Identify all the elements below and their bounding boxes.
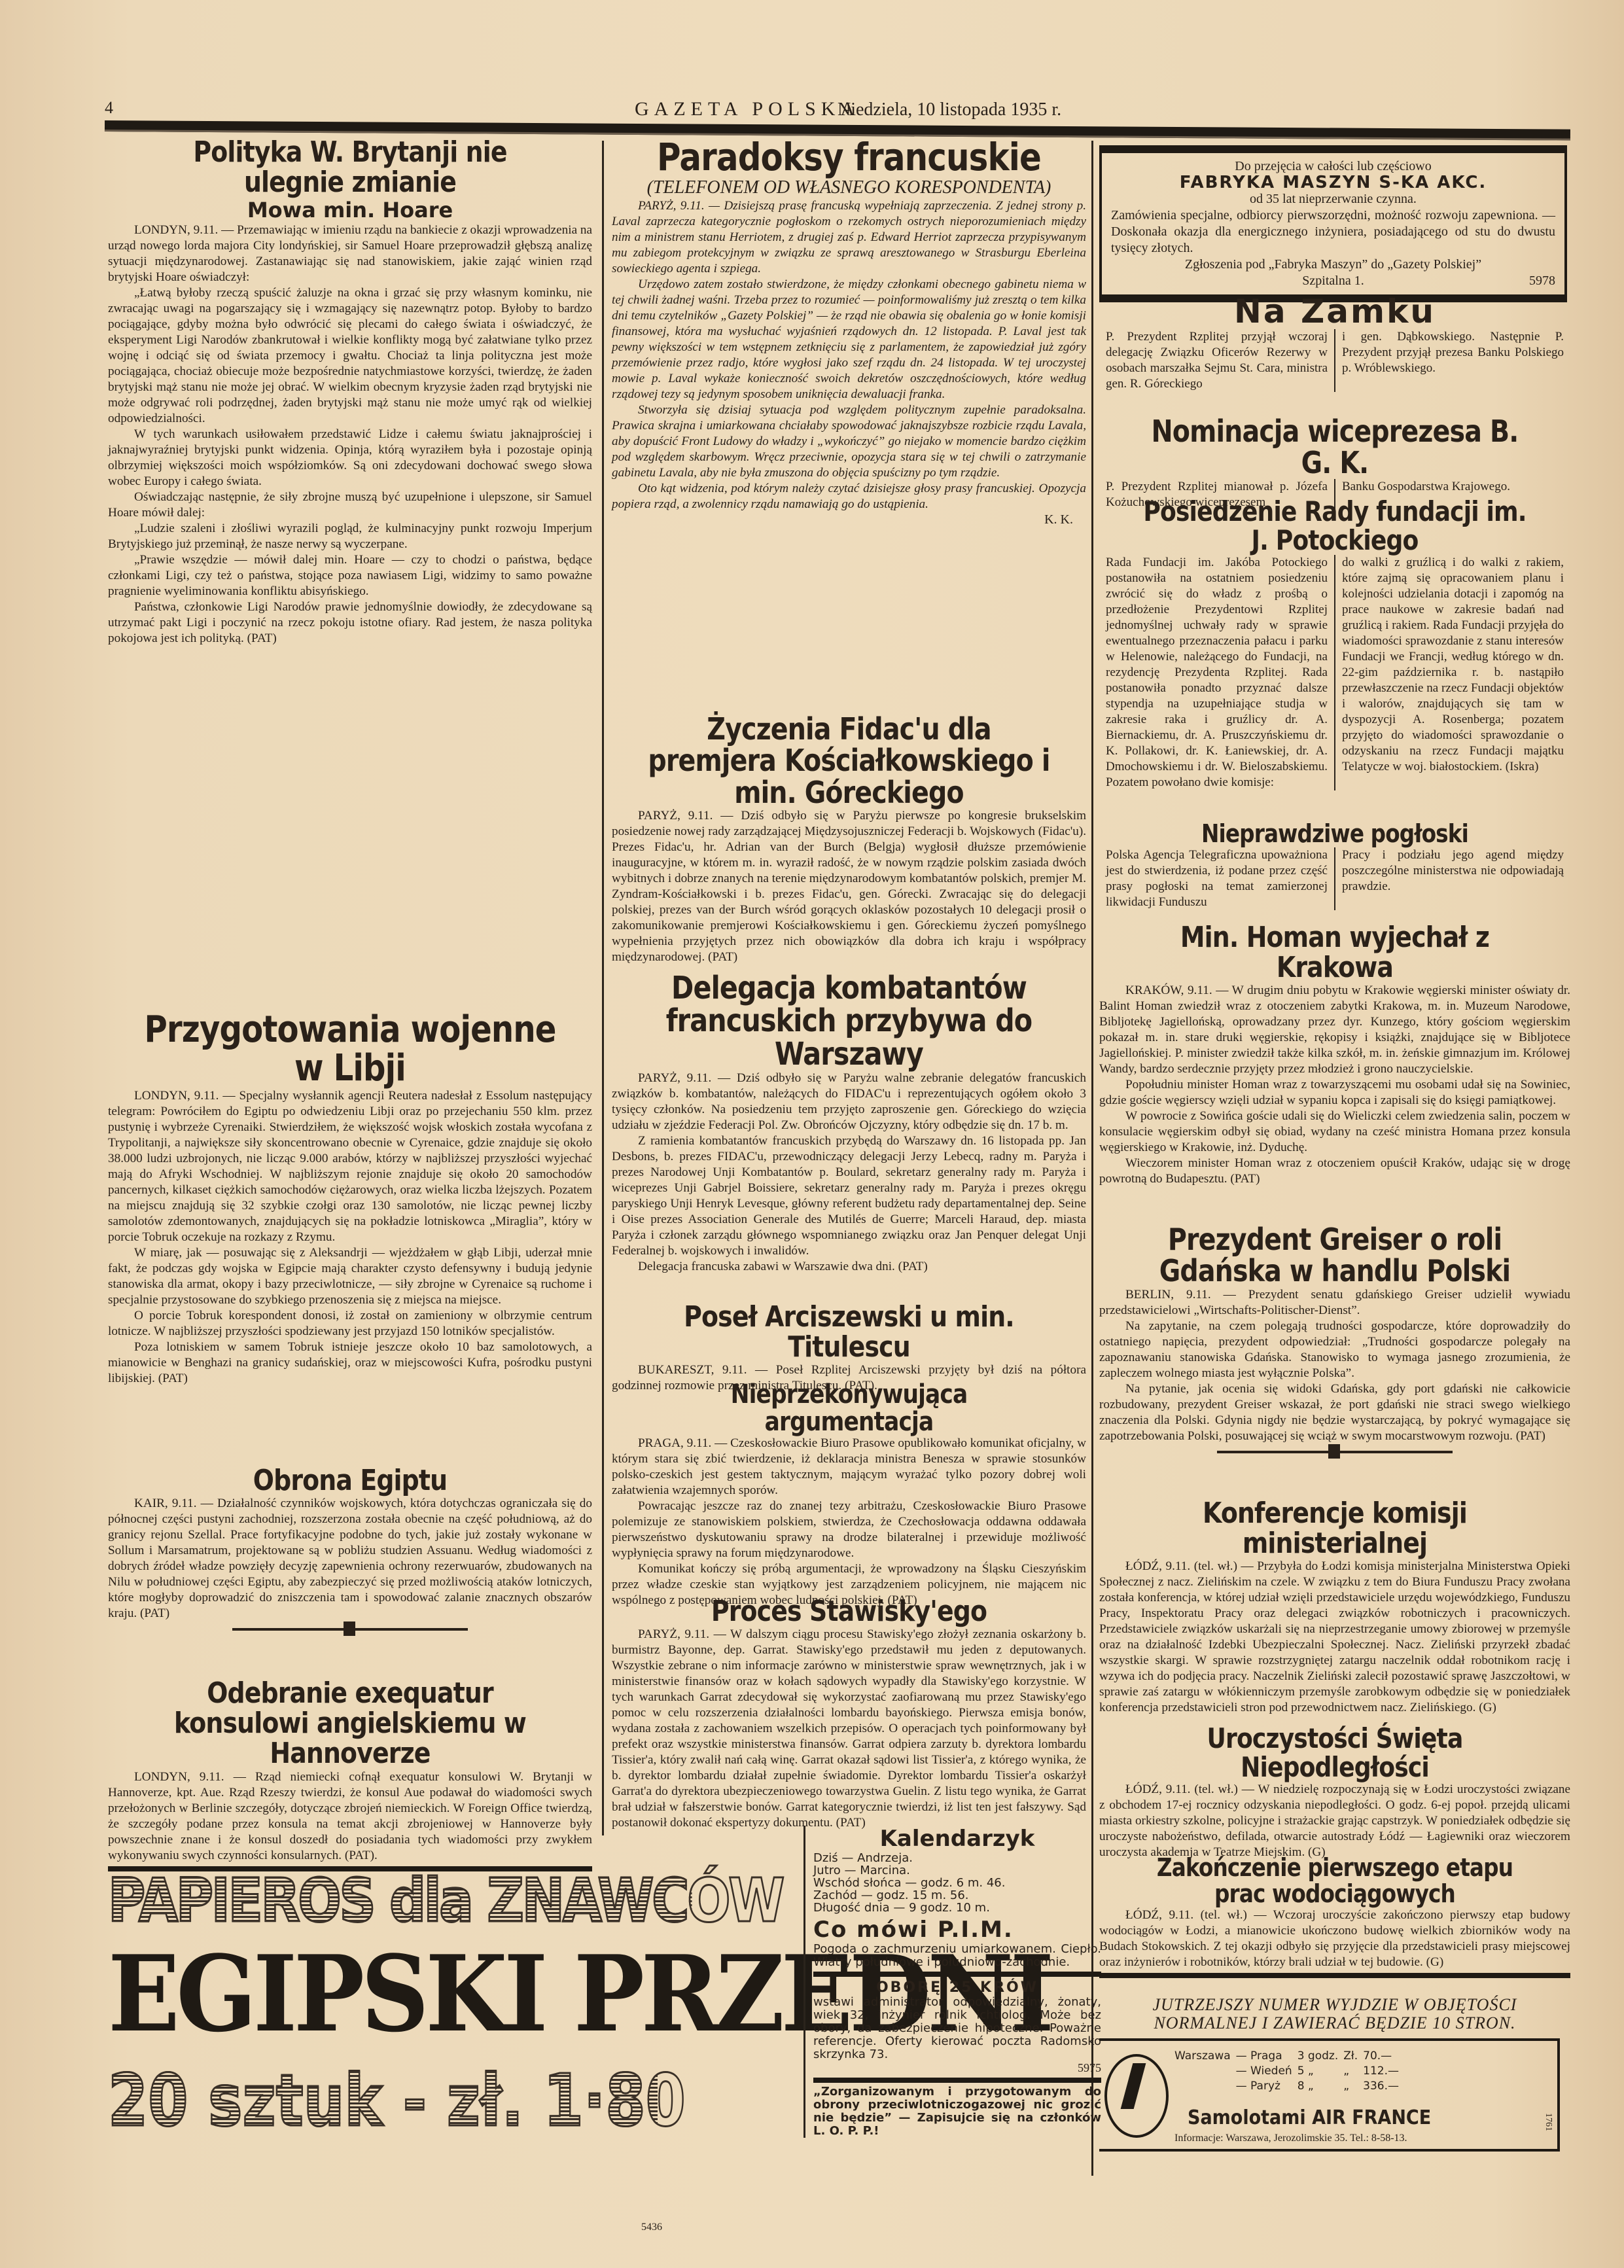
route-destination: — Praga: [1236, 2049, 1297, 2064]
ad-line: Zamówienia specjalne, odbiorcy pierwszor…: [1111, 207, 1555, 257]
ad-air-france: Warszawa — Praga 3 godz. Zł. 70.— — Wied…: [1099, 2038, 1560, 2152]
column-1: Polityka W. Brytanji nie ulegnie zmianie…: [108, 137, 592, 647]
masthead: 4 GAZETA POLSKA Niedziela, 10 listopada …: [105, 98, 1570, 137]
calendar-line: Jutro — Marcina.: [813, 1864, 1101, 1877]
page-number: 4: [105, 98, 113, 118]
calendar-line: Długość dnia — 9 godz. 10 m.: [813, 1902, 1101, 1914]
paragraph: Wieczorem minister Homan wraz z otoczeni…: [1099, 1156, 1570, 1187]
newspaper-title: GAZETA POLSKA: [635, 98, 860, 120]
column-divider: [602, 141, 604, 1835]
paragraph: „Łatwą byłoby rzeczą spuścić żaluzje na …: [108, 285, 592, 427]
paragraph: Oto kąt widzenia, pod którym należy czyt…: [612, 481, 1086, 512]
paragraph: Oświadczając następnie, że siły zbrojne …: [108, 489, 592, 521]
headline: Poseł Arciszewski u min. Titulescu: [645, 1302, 1053, 1362]
headline: Na Zamku: [1099, 294, 1570, 329]
subheadline: (TELEFONEM OD WŁASNEGO KORESPONDENTA): [612, 177, 1086, 198]
route-price: 70.—: [1363, 2049, 1404, 2064]
headline: Konferencje komisji ministerialnej: [1132, 1498, 1537, 1559]
signature: K. K.: [612, 512, 1086, 527]
paragraph: LONDYN, 9.11. — Przemawiając w imieniu r…: [108, 222, 592, 285]
article-libja: Przygotowania wojenne w Libji LONDYN, 9.…: [108, 1011, 592, 1387]
ad-code: 5978: [1529, 273, 1555, 289]
calendar-line: Dziś — Andrzeja.: [813, 1852, 1101, 1864]
section-rule: [813, 1972, 1101, 1977]
next-issue-notice: JUTRZEJSZY NUMER WYJDZIE W OBJĘTOŚCI NOR…: [1099, 1996, 1570, 2032]
paragraph: O porcie Tobruk korespondent donosi, iż …: [108, 1308, 592, 1339]
paragraph: LONDYN, 9.11. — Specjalny wysłannik agen…: [108, 1088, 592, 1245]
route-price: 112.—: [1363, 2064, 1404, 2079]
paragraph: ŁÓDŹ, 9.11. (tel. wł.) — W niedzielę roz…: [1099, 1782, 1570, 1860]
article-paradoksy: Paradoksy francuskie (TELEFONEM OD WŁASN…: [612, 137, 1086, 527]
route-row: — Paryż 8 „ „ 336.—: [1174, 2079, 1404, 2094]
section-rule: [1099, 1973, 1570, 1978]
ad-fabryka-maszyn: Do przejęcia w całości lub częściowo FAB…: [1099, 145, 1567, 302]
headline: Uroczystości Święta Niepodległości: [1132, 1724, 1537, 1782]
column-text: Pracy i podziału jego agend między poszc…: [1335, 847, 1570, 910]
weather-forecast: Pogoda o zachmurzeniu umiarkowanem. Ciep…: [813, 1943, 1101, 1969]
paragraph: PARYŻ, 9.11. — W dalszym ciągu procesu S…: [612, 1627, 1086, 1831]
paragraph: Na pytanie, jak ocenia się widoki Gdańsk…: [1099, 1381, 1570, 1444]
column-text: do walki z gruźlicą i do walki z rakiem,…: [1335, 555, 1570, 790]
paragraph: PRAGA, 9.11. — Czeskosłowackie Biuro Pra…: [612, 1436, 1086, 1498]
air-france-brand: Samolotami AIR FRANCE: [1188, 2106, 1431, 2129]
ornament-divider: [1217, 1451, 1453, 1453]
paragraph: BERLIN, 9.11. — Prezydent senatu gdański…: [1099, 1287, 1570, 1319]
route-origin: Warszawa: [1174, 2049, 1236, 2064]
paragraph: ŁÓDŹ, 9.11. (tel. wł.) — Wczoraj uroczyś…: [1099, 1907, 1570, 1970]
paragraph: Państwa, członkowie Ligi Narodów prawie …: [108, 599, 592, 647]
paragraph: ŁÓDŹ, 9.11. (tel. wł.) — Przybyła do Łod…: [1099, 1559, 1570, 1716]
headline: Nieprzekonywująca argumentacja: [645, 1381, 1053, 1436]
paragraph: Delegacja francuska zabawi w Warszawie d…: [612, 1259, 1086, 1275]
article-wodociagi: Zakończenie pierwszego etapu prac wodoci…: [1099, 1855, 1570, 1981]
calendar-line: Wschód słońca — godz. 6 m. 46.: [813, 1877, 1101, 1889]
route-duration: 3 godz.: [1297, 2049, 1344, 2064]
paragraph: Urzędowo zatem zostało stwierdzone, że m…: [612, 277, 1086, 402]
ad-papieros-line1: PAPIEROS dla ZNAWCÓW: [108, 1868, 692, 1934]
article-swieto: Uroczystości Święta Niepodległości ŁÓDŹ,…: [1099, 1724, 1570, 1860]
ad-papieros-line2: EGIPSKI PRZEDNI: [108, 1940, 726, 2048]
article-argumentacja: Nieprzekonywująca argumentacja PRAGA, 9.…: [612, 1381, 1086, 1608]
paragraph: Poza lotniskiem w samem Tobruk istnieje …: [108, 1339, 592, 1387]
route-origin: [1174, 2064, 1236, 2079]
headline: Przygotowania wojenne w Libji: [142, 1011, 558, 1088]
ad-code: 1761: [1543, 2113, 1553, 2131]
route-currency: „: [1343, 2064, 1363, 2079]
kalendarzyk-title: Kalendarzyk: [813, 1826, 1101, 1852]
ad-line: Zgłoszenia pod „Fabryka Maszyn” do „Gaze…: [1111, 257, 1555, 273]
headline: Zakończenie pierwszego etapu prac wodoci…: [1132, 1855, 1537, 1907]
air-france-logo-icon: [1104, 2054, 1169, 2138]
paragraph: LONDYN, 9.11. — Rząd niemiecki cofnął ex…: [108, 1769, 592, 1864]
headline: Proces Stawisky'ego: [645, 1597, 1053, 1627]
paragraph: W miarę, jak — posuwając się z Aleksandr…: [108, 1245, 592, 1308]
headline: Delegacja kombatantów francuskich przyby…: [645, 972, 1053, 1071]
ad-lopp: „Zorganizowanym i przygotowanym do obron…: [813, 2085, 1101, 2138]
paragraph: Popołudniu minister Homan wraz z towarzy…: [1099, 1077, 1570, 1108]
newspaper-page: 4 GAZETA POLSKA Niedziela, 10 listopada …: [0, 0, 1624, 2268]
ad-obora-text: wstawi administrator odpowiedzialny, żon…: [813, 1996, 1101, 2061]
paragraph: KRAKÓW, 9.11. — W drugim dniu pobytu w K…: [1099, 983, 1570, 1077]
headline: Polityka W. Brytanji nie ulegnie zmianie: [142, 137, 558, 198]
kalendarzyk-box: Kalendarzyk Dziś — Andrzeja. Jutro — Mar…: [803, 1826, 1101, 2138]
paragraph: „Prawie wszędzie — mówił dalej min. Hoar…: [108, 552, 592, 599]
paragraph: PARYŻ, 9.11. — Dziś odbyło się w Paryżu …: [612, 808, 1086, 965]
paragraph: W tych warunkach usiłowałem przedstawić …: [108, 427, 592, 489]
column-text: i gen. Dąbkowskiego. Następnie P. Prezyd…: [1335, 329, 1570, 392]
pim-title: Co mówi P.I.M.: [813, 1917, 1101, 1943]
section-rule: [813, 2078, 1101, 2083]
headline: Min. Homan wyjechał z Krakowa: [1132, 923, 1537, 983]
issue-date: Niedziela, 10 listopada 1935 r.: [838, 99, 1061, 120]
air-france-info: Informacje: Warszawa, Jerozolimskie 35. …: [1174, 2133, 1407, 2144]
article-pogloski: Nieprawdziwe pogłoski Polska Agencja Tel…: [1099, 821, 1570, 910]
route-price: 336.—: [1363, 2079, 1404, 2094]
ad-code: 5975: [813, 2061, 1101, 2075]
ad-firm-name: FABRYKA MASZYN S-KA AKC.: [1111, 175, 1555, 191]
paragraph: „Ludzie szaleni i złośliwi wyrazili pogl…: [108, 521, 592, 552]
route-row: Warszawa — Praga 3 godz. Zł. 70.—: [1174, 2049, 1404, 2064]
route-row: — Wiedeń 5 „ „ 112.—: [1174, 2064, 1404, 2079]
ornament-divider: [232, 1628, 468, 1631]
calendar-line: Zachód — godz. 15 m. 56.: [813, 1889, 1101, 1902]
paragraph: PARYŻ, 9.11. — Dzisiejszą prasę francusk…: [612, 198, 1086, 277]
route-currency: Zł.: [1343, 2049, 1363, 2064]
headline: Życzenia Fidac'u dla premjera Kościałkow…: [645, 713, 1053, 808]
route-currency: „: [1343, 2079, 1363, 2094]
notice-line: JUTRZEJSZY NUMER WYJDZIE W OBJĘTOŚCI: [1099, 1996, 1570, 2014]
route-destination: — Paryż: [1236, 2079, 1297, 2094]
article-greiser: Prezydent Greiser o roli Gdańska w handl…: [1099, 1224, 1570, 1460]
route-destination: — Wiedeń: [1236, 2064, 1297, 2079]
column-text: Rada Fundacji im. Jakóba Potockiego post…: [1099, 555, 1335, 790]
article-na-zamku: Na Zamku P. Prezydent Rzplitej przyjął w…: [1099, 294, 1570, 392]
ad-code: 5436: [641, 2222, 662, 2233]
paragraph: Z ramienia kombatantów francuskich przyb…: [612, 1133, 1086, 1259]
paragraph: Stworzyła się dzisiaj sytuacja pod wzglę…: [612, 402, 1086, 481]
ad-obora-title: OBORĘ 25 KRÓW: [813, 1979, 1101, 1996]
paragraph: KAIR, 9.11. — Działalność czynników wojs…: [108, 1496, 592, 1621]
ad-address: Szpitalna 1.: [1302, 274, 1364, 288]
paragraph: Na zapytanie, na czem polegają trudności…: [1099, 1319, 1570, 1381]
paragraph: Powracając jeszcze raz do znanej tezy ar…: [612, 1498, 1086, 1561]
subheadline: Mowa min. Hoare: [108, 198, 592, 222]
article-potocki: Posiedzenie Rady fundacji im. J. Potocki…: [1099, 497, 1570, 790]
article-exequatur: Odebranie exequatur konsulowi angielskie…: [108, 1678, 592, 1874]
headline: Nominacja wiceprezesa B. G. K.: [1132, 416, 1537, 479]
headline: Prezydent Greiser o roli Gdańska w handl…: [1132, 1224, 1537, 1287]
ad-papieros-price: 20 sztuk - zł. 1·80: [108, 2061, 658, 2140]
paragraph: W powrocie z Sowińca goście udali się do…: [1099, 1108, 1570, 1156]
article-homan: Min. Homan wyjechał z Krakowa KRAKÓW, 9.…: [1099, 923, 1570, 1187]
flight-routes: Warszawa — Praga 3 godz. Zł. 70.— — Wied…: [1174, 2049, 1404, 2094]
headline: Obrona Egiptu: [142, 1466, 558, 1496]
column-text: P. Prezydent Rzplitej przyjął wczoraj de…: [1099, 329, 1335, 392]
article-egipt: Obrona Egiptu KAIR, 9.11. — Działalność …: [108, 1466, 592, 1637]
column-2: Paradoksy francuskie (TELEFONEM OD WŁASN…: [612, 137, 1086, 527]
article-fidac: Życzenia Fidac'u dla premjera Kościałkow…: [612, 713, 1086, 965]
article-brytania: Polityka W. Brytanji nie ulegnie zmianie…: [108, 137, 592, 647]
article-stawisky: Proces Stawisky'ego PARYŻ, 9.11. — W dal…: [612, 1597, 1086, 1831]
article-delegacja: Delegacja kombatantów francuskich przyby…: [612, 972, 1086, 1275]
route-duration: 8 „: [1297, 2079, 1344, 2094]
headline: Nieprawdziwe pogłoski: [1132, 821, 1537, 847]
ad-line: od 35 lat nieprzerwanie czynna.: [1111, 191, 1555, 207]
route-origin: [1174, 2079, 1236, 2094]
column-text: Polska Agencja Telegraficzna upoważniona…: [1099, 847, 1335, 910]
headline: Odebranie exequatur konsulowi angielskie…: [142, 1678, 558, 1769]
article-komisja: Konferencje komisji ministerialnej ŁÓDŹ,…: [1099, 1498, 1570, 1716]
headline: Posiedzenie Rady fundacji im. J. Potocki…: [1132, 497, 1537, 555]
paragraph: PARYŻ, 9.11. — Dziś odbyło się w Paryżu …: [612, 1071, 1086, 1133]
route-duration: 5 „: [1297, 2064, 1344, 2079]
ad-papieros: PAPIEROS dla ZNAWCÓW EGIPSKI PRZEDNI 20 …: [108, 1868, 795, 2235]
notice-line: NORMALNEJ I ZAWIERAĆ BĘDZIE 10 STRON.: [1099, 2014, 1570, 2032]
headline: Paradoksy francuskie: [645, 137, 1053, 177]
